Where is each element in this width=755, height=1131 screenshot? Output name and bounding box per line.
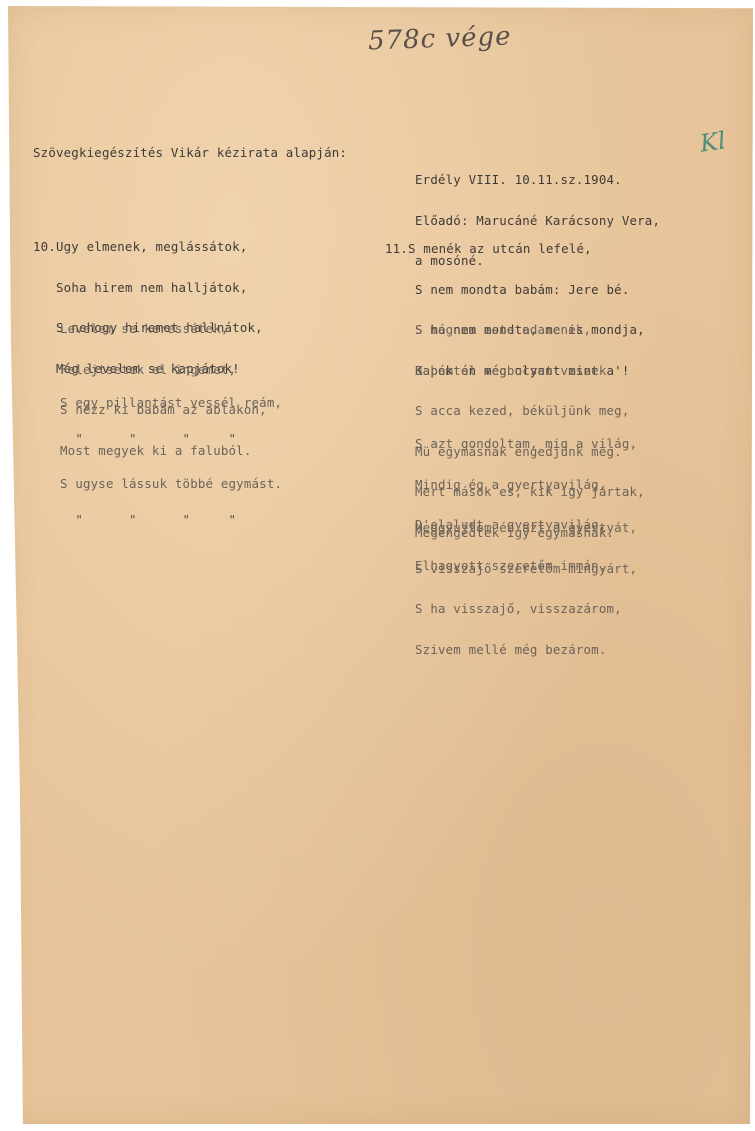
verse-line: Meggyujtom én azt a gyertyát,: [415, 521, 637, 535]
verse-line: S nem mondta babám: Jere bé.: [385, 283, 645, 297]
verse-line: S még ma este odamenek,: [415, 323, 645, 337]
verse-line: S ha visszajő, visszazárom,: [415, 602, 637, 616]
initials-annotation: Kl: [698, 126, 727, 157]
verse-line: 11.S menék az utcán lefelé,: [385, 242, 645, 256]
verse-line: 10.Ugy elmenek, meglássátok,: [33, 240, 263, 254]
ditto-marks: " " " ": [60, 514, 282, 526]
stanza-11-d: Meggyujtom én azt a gyertyát, S visszajő…: [415, 494, 637, 670]
verse-line: Levelem se keressétek,: [60, 322, 267, 336]
verse-line: S ugyse lássuk többé egymást.: [60, 478, 282, 490]
stanza-number: 11.: [385, 241, 408, 256]
verse-line: S visszajő szeretőm mingyárt,: [415, 562, 637, 576]
verse-text: S menék az utcán lefelé,: [408, 241, 592, 256]
header-source-label: Szövegkiegészítés Vikár kézirata alapján…: [33, 146, 347, 160]
ditto-marks: " " " ": [60, 433, 282, 445]
verse-line: S azt gondoltam, mig a világ,: [415, 437, 637, 451]
verse-line: Szivem mellé még bezárom.: [415, 643, 637, 657]
verse-line: S egy pillantást vessél reám,: [60, 397, 282, 409]
verse-line: Babámtól végbucsut veszek: [415, 364, 645, 378]
verse-line: Soha hirem nem halljátok,: [33, 281, 263, 295]
stanza-number: 10.: [33, 239, 56, 254]
stanza-10-c: S egy pillantást vessél reám, " " " " S …: [60, 373, 282, 538]
verse-text: Ugy elmenek, meglássátok,: [56, 239, 248, 254]
header-source-line: Erdély VIII. 10.11.sz.1904.: [415, 173, 660, 187]
archive-number-annotation: 578c vége: [368, 22, 513, 57]
verse-line: Mindig ég a gyertyavilág.: [415, 478, 637, 492]
